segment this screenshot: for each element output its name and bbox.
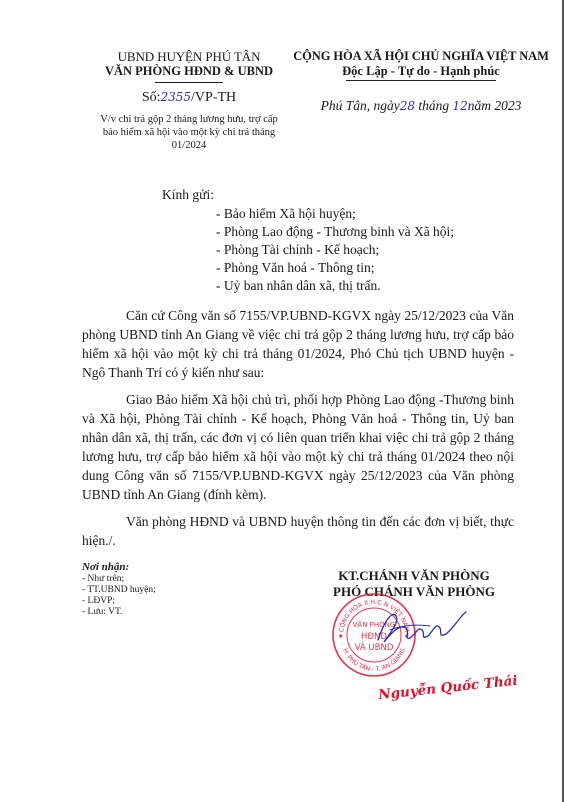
issuing-agency-header: UBND HUYỆN PHÚ TÂN VĂN PHÒNG HĐND & UBND	[94, 49, 284, 83]
document-number: Số:2355/VP-TH	[94, 90, 284, 106]
addressee-item: - Phòng Lao động - Thương binh và Xã hội…	[216, 223, 454, 241]
date-month-label: tháng	[418, 98, 449, 113]
country-name: CỘNG HÒA XÃ HỘI CHỦ NGHĨA VIỆT NAM	[290, 49, 552, 64]
addressee-list: - Bảo hiểm Xã hội huyện; - Phòng Lao độn…	[216, 205, 454, 295]
national-motto: Độc Lập - Tự do - Hạnh phúc	[290, 64, 552, 79]
number-suffix: /VP-TH	[191, 90, 236, 105]
number-prefix: Số:	[142, 90, 161, 105]
number-handwritten: 2355	[161, 90, 192, 104]
svg-text:★: ★	[338, 633, 343, 640]
national-header: CỘNG HÒA XÃ HỘI CHỦ NGHĨA VIỆT NAM Độc L…	[290, 49, 552, 81]
distribution-list: Nơi nhận: - Như trên; - TT.UBND huyện; -…	[82, 561, 156, 618]
signatory-title-1: KT.CHÁNH VĂN PHÒNG	[300, 568, 528, 584]
date-year: năm 2023	[468, 98, 522, 113]
body-paragraph: Giao Bảo hiểm Xã hội chủ trì, phối hợp P…	[82, 390, 514, 504]
addressee-item: - Bảo hiểm Xã hội huyện;	[216, 205, 454, 223]
body-paragraph: Căn cứ Công văn số 7155/VP.UBND-KGVX ngà…	[82, 306, 514, 382]
distribution-item: - LĐVP;	[82, 596, 156, 607]
document-body: Căn cứ Công văn số 7155/VP.UBND-KGVX ngà…	[82, 306, 514, 558]
date-place: Phú Tân, ngày	[321, 98, 400, 113]
distribution-title: Nơi nhận:	[82, 561, 156, 574]
document-subject: V/v chi trả gộp 2 tháng lương hưu, trợ c…	[96, 113, 282, 152]
document-page: UBND HUYỆN PHÚ TÂN VĂN PHÒNG HĐND & UBND…	[0, 0, 564, 802]
addressee-item: - Phòng Tài chính - Kế hoạch;	[216, 241, 454, 259]
distribution-item: - Lưu: VT.	[82, 607, 156, 618]
date-day: 28	[400, 99, 415, 113]
addressee-item: - Uỷ ban nhân dân xã, thị trấn.	[216, 277, 454, 295]
addressee-label: Kính gửi:	[162, 187, 214, 203]
addressee-item: - Phòng Văn hoá - Thông tin;	[216, 259, 454, 277]
distribution-item: - TT.UBND huyện;	[82, 585, 156, 596]
agency-name: UBND HUYỆN PHÚ TÂN	[94, 49, 284, 64]
motto-underline	[346, 80, 496, 81]
date-month: 12	[453, 99, 468, 113]
office-name: VĂN PHÒNG HĐND & UBND	[94, 64, 284, 79]
document-date: Phú Tân, ngày28 tháng 12năm 2023	[290, 98, 552, 114]
handwritten-signature-icon	[370, 602, 480, 652]
header-underline	[155, 82, 223, 83]
body-paragraph: Văn phòng HĐND và UBND huyện thông tin đ…	[82, 512, 514, 550]
distribution-item: - Như trên;	[82, 574, 156, 585]
